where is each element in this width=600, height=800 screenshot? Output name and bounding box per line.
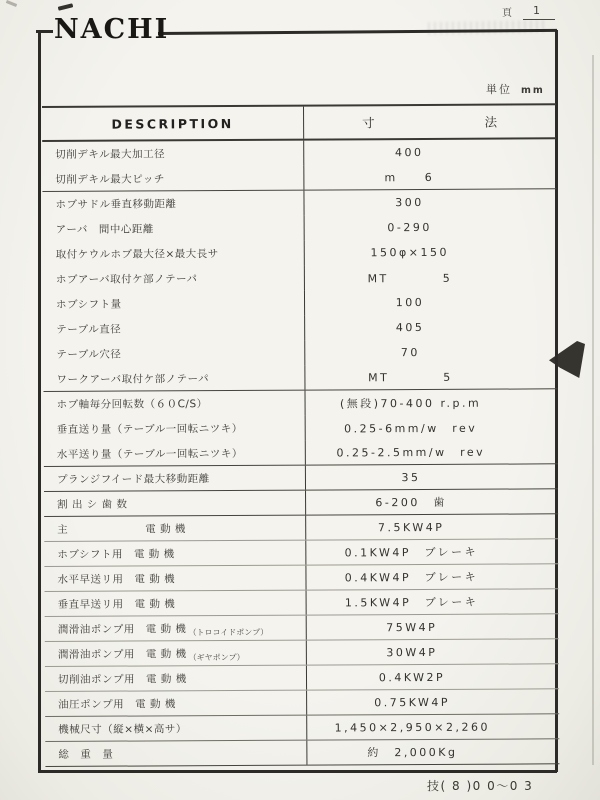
spec-value: 6-200 歯 bbox=[375, 494, 447, 510]
frame-left-line bbox=[38, 30, 41, 772]
spec-row: 水平送り量（テーブル一回転ニツキ） 0.25-2.5mm/w rev bbox=[44, 439, 558, 467]
spec-row: 水平早送リ用 電 動 機 0.4KW4P ブレーキ bbox=[44, 564, 558, 592]
spec-row: 潤滑油ポンプ用 電 動 機 （ギヤポンプ） 30W4P bbox=[45, 639, 559, 667]
spec-label-cell: テーブル穴径 bbox=[43, 341, 305, 367]
spec-label-cell: ワークアーバ取付ケ部ノテーパ bbox=[43, 366, 305, 391]
spec-value-cell: 35 bbox=[306, 464, 558, 489]
spec-value: 75W4P bbox=[386, 620, 437, 633]
spec-row: 潤滑油ポンプ用 電 動 機 （トロコイドポンプ） 75W4P bbox=[45, 614, 559, 642]
spec-label-cell: 潤滑油ポンプ用 電 動 機 （トロコイドポンプ） bbox=[45, 616, 307, 641]
footer-document-code: 技( 8 )0 0〜0 3 bbox=[427, 777, 533, 794]
spec-value-cell: 150φ×150 bbox=[305, 239, 557, 265]
spec-label: 垂直送り量（テーブル一回転ニツキ） bbox=[57, 421, 243, 437]
spec-label-cell: 切削油ポンプ用 電 動 機 bbox=[45, 666, 307, 691]
spec-label: テーブル直径 bbox=[56, 322, 121, 337]
spec-label-cell: ホブシフト量 bbox=[43, 291, 305, 317]
spec-value-cell: 30W4P bbox=[307, 639, 559, 664]
spec-value: 400 bbox=[395, 146, 424, 159]
spec-value-cell: 0.75KW4P bbox=[307, 689, 559, 714]
spec-label: 取付ケウルホブ最大径×最大長サ bbox=[56, 246, 219, 262]
page-label: 頁 bbox=[502, 4, 513, 19]
spec-value: 約 2,000Kg bbox=[367, 744, 457, 760]
spec-value: MT 5 bbox=[368, 369, 453, 385]
spec-row: 切削デキル最大ピッチ m 6 bbox=[42, 164, 556, 192]
unit-note: 単位 mm bbox=[486, 81, 545, 97]
page-number: 頁 1 bbox=[502, 4, 555, 20]
spec-label: テーブル穴径 bbox=[56, 347, 121, 362]
spec-value-cell: (無段)70-400 r.p.m bbox=[305, 389, 557, 415]
spec-value: 150φ×150 bbox=[371, 246, 450, 259]
header-description: DESCRIPTION bbox=[42, 107, 304, 140]
spec-label-cell: 垂直送り量（テーブル一回転ニツキ） bbox=[44, 416, 306, 442]
spec-value-cell: 0.4KW4P ブレーキ bbox=[306, 564, 558, 589]
spec-label: ワークアーバ取付ケ部ノテーパ bbox=[56, 371, 209, 387]
spec-value: 1,450×2,950×2,260 bbox=[335, 720, 490, 734]
spec-value: 7.5KW4P bbox=[378, 520, 444, 533]
spec-value: 0.25-2.5mm/w rev bbox=[336, 444, 485, 461]
spec-label-cell: プランジフイード最大移動距離 bbox=[44, 466, 306, 491]
spec-value: 70 bbox=[401, 346, 420, 359]
spec-value-cell: MT 5 bbox=[305, 364, 557, 389]
spec-label-cell: 機械尺寸（縦×横×高サ） bbox=[45, 716, 307, 741]
spec-row: プランジフイード最大移動距離 35 bbox=[44, 464, 558, 492]
spec-row: テーブル直径 405 bbox=[43, 314, 557, 342]
spec-value-cell: 0.1KW4P ブレーキ bbox=[306, 539, 558, 564]
spec-value: 0.4KW2P bbox=[379, 670, 445, 683]
spec-value: 405 bbox=[396, 321, 425, 334]
spec-row: テーブル穴径 70 bbox=[43, 339, 557, 367]
spec-label: アーバ 間中心距離 bbox=[56, 221, 154, 237]
spec-label: ホブサドル垂直移動距離 bbox=[55, 196, 176, 212]
spec-label: ホブシフト用 電 動 機 bbox=[57, 546, 174, 562]
spec-label-cell: 主 電 動 機 bbox=[44, 516, 306, 541]
spec-label: ホブアーバ取付ケ部ノテーパ bbox=[56, 271, 198, 287]
spec-label-cell: ホブサドル垂直移動距離 bbox=[42, 191, 304, 217]
spec-value-cell: 405 bbox=[305, 314, 557, 340]
spec-label-cell: ホブシフト用 電 動 機 bbox=[44, 541, 306, 566]
spec-value-cell: 400 bbox=[304, 139, 556, 165]
spec-label: 切削デキル最大ピッチ bbox=[55, 171, 165, 187]
spec-value: MT 5 bbox=[368, 269, 453, 285]
spec-label: 主 電 動 機 bbox=[57, 521, 186, 537]
spec-label-cell: ホブ軸毎分回転数（６０C/S） bbox=[43, 391, 305, 417]
spec-label-cell: 水平早送リ用 電 動 機 bbox=[44, 566, 306, 591]
spec-row: 割 出 シ 歯 数 6-200 歯 bbox=[44, 489, 558, 517]
spec-label: 水平送り量（テーブル一回転ニツキ） bbox=[57, 445, 243, 461]
unit-value: mm bbox=[521, 85, 545, 96]
spec-row: 取付ケウルホブ最大径×最大長サ 150φ×150 bbox=[43, 239, 557, 267]
spec-label: ホブシフト量 bbox=[56, 297, 122, 312]
spec-label: 切削油ポンプ用 電 動 機 bbox=[58, 671, 187, 687]
spec-label: 機械尺寸（縦×横×高サ） bbox=[58, 721, 187, 737]
spec-label: ホブ軸毎分回転数（６０C/S） bbox=[57, 396, 208, 412]
spec-value-cell: 300 bbox=[304, 189, 556, 215]
spec-row: 切削デキル最大加工径 400 bbox=[42, 139, 556, 167]
frame-bottom-line bbox=[38, 770, 557, 773]
spec-row: ワークアーバ取付ケ部ノテーパ MT 5 bbox=[43, 364, 557, 392]
spec-row: 主 電 動 機 7.5KW4P bbox=[44, 514, 558, 542]
spec-row: ホブシフト量 100 bbox=[43, 289, 557, 317]
spec-row: 切削油ポンプ用 電 動 機 0.4KW2P bbox=[45, 664, 559, 692]
faded-stamp-smudge bbox=[428, 20, 546, 35]
spec-value-cell: 75W4P bbox=[307, 614, 559, 639]
page-number-value: 1 bbox=[523, 4, 555, 20]
spec-label-cell: 割 出 シ 歯 数 bbox=[44, 491, 306, 516]
spec-label: 水平早送リ用 電 動 機 bbox=[57, 571, 175, 587]
spec-label: 潤滑油ポンプ用 電 動 機 bbox=[58, 621, 187, 637]
spec-row: 総 重 量 約 2,000Kg bbox=[45, 739, 559, 767]
spec-value: 300 bbox=[395, 196, 424, 209]
spec-row: ホブシフト用 電 動 機 0.1KW4P ブレーキ bbox=[44, 539, 558, 567]
brand-logo: NACHI bbox=[54, 14, 169, 45]
spec-value-cell: m 6 bbox=[304, 164, 556, 189]
spec-value-cell: 0.25-2.5mm/w rev bbox=[306, 439, 558, 464]
spec-value-cell: 70 bbox=[305, 339, 557, 365]
spec-row: 垂直送り量（テーブル一回転ニツキ） 0.25-6mm/w rev bbox=[44, 414, 558, 442]
spec-value: m 6 bbox=[384, 169, 434, 185]
spec-label-cell: 切削デキル最大加工径 bbox=[42, 141, 304, 167]
spec-value-cell: 6-200 歯 bbox=[306, 489, 558, 514]
spec-value: 30W4P bbox=[386, 645, 437, 658]
spec-value: (無段)70-400 r.p.m bbox=[340, 394, 481, 411]
spec-label-cell: 水平送り量（テーブル一回転ニツキ） bbox=[44, 441, 306, 466]
spec-label: 総 重 量 bbox=[58, 746, 113, 761]
spec-row: 油圧ポンプ用 電 動 機 0.75KW4P bbox=[45, 689, 559, 717]
spec-value: 0.75KW4P bbox=[374, 695, 450, 708]
spec-label: 割 出 シ 歯 数 bbox=[57, 496, 127, 511]
spec-row: ホブサドル垂直移動距離 300 bbox=[42, 189, 556, 217]
spec-label-cell: 総 重 量 bbox=[45, 741, 307, 766]
spec-value: 35 bbox=[401, 471, 420, 484]
spec-value-cell: MT 5 bbox=[305, 264, 557, 290]
spec-label: 切削デキル最大加工径 bbox=[55, 146, 165, 162]
spec-value-cell: 1.5KW4P ブレーキ bbox=[307, 589, 559, 614]
spec-value-cell: 約 2,000Kg bbox=[307, 739, 559, 764]
spec-label-cell: ホブアーバ取付ケ部ノテーパ bbox=[43, 266, 305, 292]
unit-label: 単位 bbox=[486, 81, 512, 97]
spec-label-cell: アーバ 間中心距離 bbox=[43, 216, 305, 242]
header-dimension: 寸 法 bbox=[304, 105, 556, 138]
spec-row: 機械尺寸（縦×横×高サ） 1,450×2,950×2,260 bbox=[45, 714, 559, 742]
spec-value-cell: 1,450×2,950×2,260 bbox=[307, 714, 559, 739]
spec-label-cell: 潤滑油ポンプ用 電 動 機 （ギヤポンプ） bbox=[45, 641, 307, 666]
spec-label-cell: 取付ケウルホブ最大径×最大長サ bbox=[43, 241, 305, 267]
spec-sublabel: （トロコイドポンプ） bbox=[188, 627, 268, 638]
spec-value-cell: 0.25-6mm/w rev bbox=[306, 414, 558, 440]
table-header-row: DESCRIPTION 寸 法 bbox=[42, 105, 556, 142]
spec-row: ホブアーバ取付ケ部ノテーパ MT 5 bbox=[43, 264, 557, 292]
spec-label: 垂直早送リ用 電 動 機 bbox=[58, 596, 176, 612]
spec-value-cell: 100 bbox=[305, 289, 557, 315]
spec-label: 潤滑油ポンプ用 電 動 機 bbox=[58, 646, 187, 662]
spec-value: 0.25-6mm/w rev bbox=[344, 419, 477, 436]
spec-sublabel: （ギヤポンプ） bbox=[189, 652, 245, 663]
spec-value: 0.1KW4P ブレーキ bbox=[345, 544, 478, 561]
spec-table: DESCRIPTION 寸 法 切削デキル最大加工径 400 切削デキル最大ピッ… bbox=[42, 103, 559, 767]
spec-value-cell: 0-290 bbox=[305, 214, 557, 240]
spec-value-cell: 7.5KW4P bbox=[306, 514, 558, 539]
spec-label-cell: 垂直早送リ用 電 動 機 bbox=[45, 591, 307, 616]
spec-label-cell: 油圧ポンプ用 電 動 機 bbox=[45, 691, 307, 716]
spec-row: 垂直早送リ用 電 動 機 1.5KW4P ブレーキ bbox=[45, 589, 559, 617]
scan-edge-line bbox=[592, 55, 594, 765]
spec-value: 0-290 bbox=[387, 221, 432, 234]
spec-row: アーバ 間中心距離 0-290 bbox=[43, 214, 557, 242]
spec-label-cell: 切削デキル最大ピッチ bbox=[42, 166, 304, 191]
spec-value: 100 bbox=[396, 296, 425, 309]
spec-label: プランジフイード最大移動距離 bbox=[57, 471, 210, 487]
spec-value: 1.5KW4P ブレーキ bbox=[345, 594, 478, 611]
spec-value-cell: 0.4KW2P bbox=[307, 664, 559, 689]
spec-label: 油圧ポンプ用 電 動 機 bbox=[58, 696, 176, 712]
spec-rows: 切削デキル最大加工径 400 切削デキル最大ピッチ m 6 ホブサドル垂直移動距… bbox=[42, 139, 559, 767]
spec-value: 0.4KW4P ブレーキ bbox=[345, 569, 478, 586]
spec-row: ホブ軸毎分回転数（６０C/S） (無段)70-400 r.p.m bbox=[43, 389, 557, 417]
spec-label-cell: テーブル直径 bbox=[43, 316, 305, 342]
